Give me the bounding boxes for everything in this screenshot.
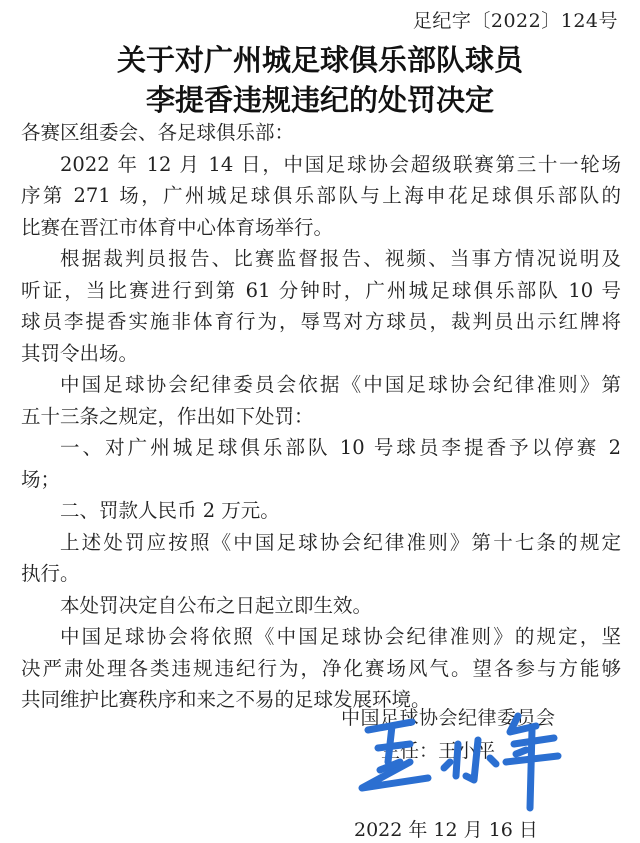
paragraph-line: 执行。: [21, 558, 621, 590]
paragraph-line: 听证，当比赛进行到第 61 分钟时，广州城足球俱乐部队 10 号: [21, 275, 621, 307]
paragraph-line: 决严肃处理各类违规违纪行为，净化赛场风气。望各参与方能够: [21, 653, 621, 685]
document-body: 各赛区组委会、各足球俱乐部：2022 年 12 月 14 日，中国足球协会超级联…: [21, 117, 621, 716]
document-number: 足纪字〔2022〕124号: [413, 6, 618, 33]
handwritten-signature-icon: [340, 700, 580, 820]
paragraph-line: 中国足球协会纪律委员会依据《中国足球协会纪律准则》第: [21, 369, 621, 401]
paragraph-line: 其罚令出场。: [21, 338, 621, 370]
paragraph-line: 各赛区组委会、各足球俱乐部：: [21, 117, 621, 149]
paragraph-line: 球员李提香实施非体育行为，辱骂对方球员，裁判员出示红牌将: [21, 306, 621, 338]
document-date: 2022 年 12 月 16 日: [354, 815, 538, 842]
paragraph-line: 根据裁判员报告、比赛监督报告、视频、当事方情况说明及: [21, 243, 621, 275]
document-title-line-1: 关于对广州城足球俱乐部队球员: [0, 38, 640, 79]
paragraph-line: 序第 271 场，广州城足球俱乐部队与上海申花足球俱乐部队的: [21, 180, 621, 212]
paragraph-line: 上述处罚应按照《中国足球协会纪律准则》第十七条的规定: [21, 527, 621, 559]
document-title-line-2: 李提香违规违纪的处罚决定: [0, 78, 640, 119]
paragraph-line: 中国足球协会将依照《中国足球协会纪律准则》的规定，坚: [21, 621, 621, 653]
paragraph-line: 一、对广州城足球俱乐部队 10 号球员李提香予以停赛 2: [21, 432, 621, 464]
paragraph-line: 本处罚决定自公布之日起立即生效。: [21, 590, 621, 622]
paragraph-line: 2022 年 12 月 14 日，中国足球协会超级联赛第三十一轮场: [21, 149, 621, 181]
paragraph-line: 比赛在晋江市体育中心体育场举行。: [21, 212, 621, 244]
paragraph-line: 场；: [21, 464, 621, 496]
paragraph-line: 二、罚款人民币 2 万元。: [21, 495, 621, 527]
paragraph-line: 五十三条之规定，作出如下处罚：: [21, 401, 621, 433]
